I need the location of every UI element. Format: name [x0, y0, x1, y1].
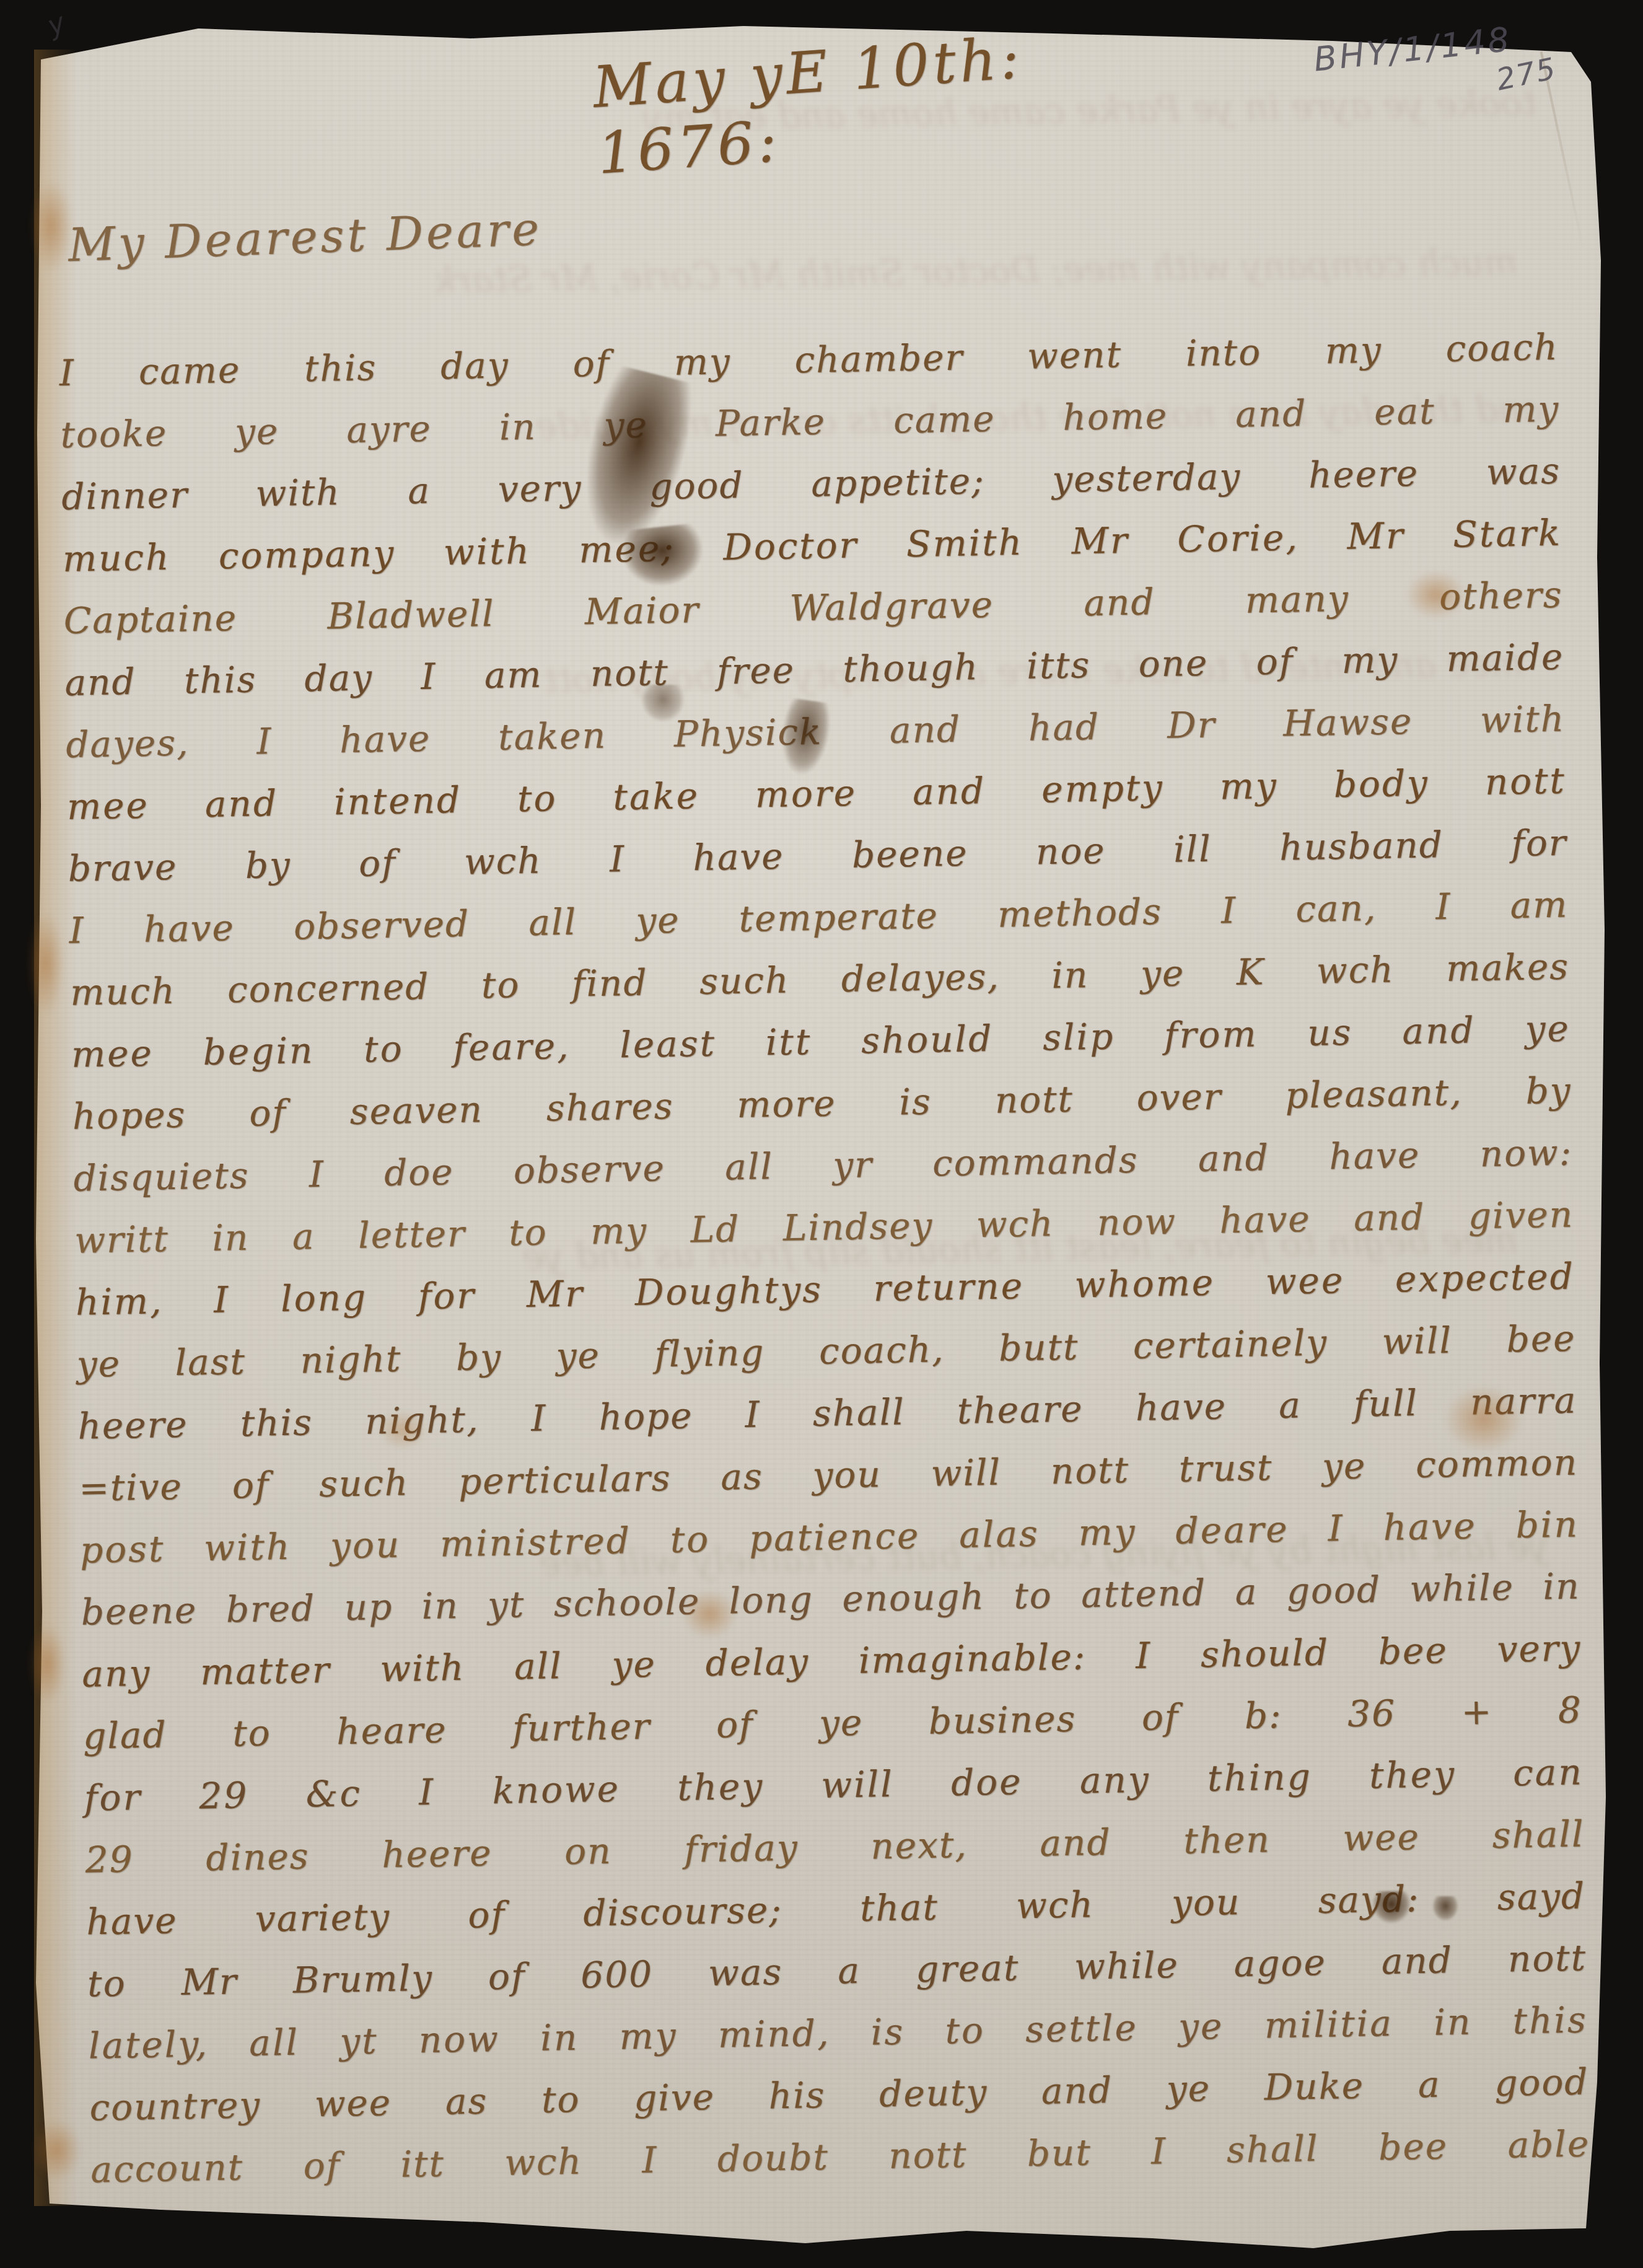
letter-scan-background: tooke ye ayre in ye Parke came home and … [0, 0, 1643, 2268]
letter-body: I came this day of my chamber went into … [59, 316, 1590, 2201]
corner-mark: y [43, 7, 69, 42]
